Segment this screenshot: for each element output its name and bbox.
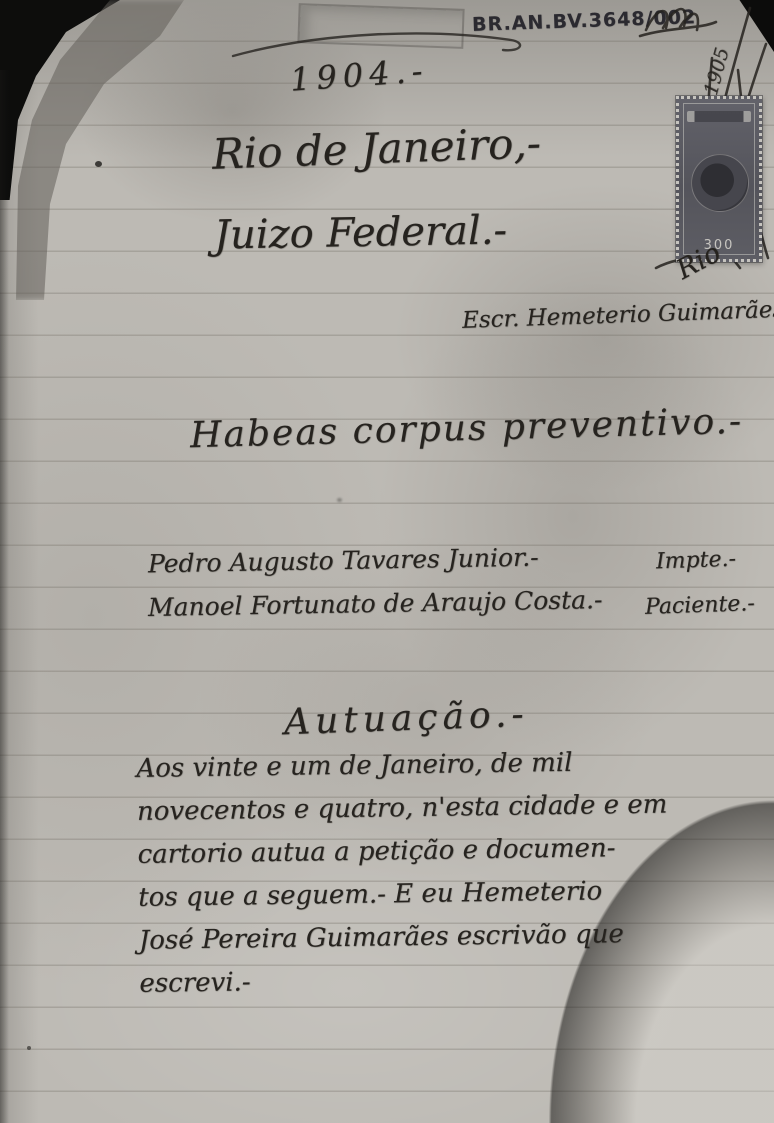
page-edge-left bbox=[0, 70, 9, 1123]
party-role: Impte.- bbox=[656, 547, 737, 575]
stamp-emblem bbox=[691, 154, 749, 212]
body-paragraph: Aos vinte e um de Janeiro, de mil novece… bbox=[136, 746, 700, 1012]
clerk-note: Escr. Hemeterio Guimarães,- bbox=[462, 296, 774, 334]
city-heading: Rio de Janeiro,- bbox=[211, 118, 541, 178]
section-heading: Autuação.- bbox=[283, 694, 529, 744]
stamp-banner bbox=[687, 111, 751, 122]
party-role: Paciente.- bbox=[645, 591, 756, 620]
document-page-scan: BR.AN.BV.3648/002 300 1905 Rio 1904.- Ri… bbox=[0, 0, 774, 1123]
body-line: escrevi.- bbox=[139, 961, 700, 1012]
court-heading: Juizo Federal.- bbox=[214, 207, 508, 258]
party-name: Pedro Augusto Tavares Junior.- bbox=[148, 543, 539, 579]
revenue-stamp: 300 bbox=[676, 96, 762, 262]
ink-speck bbox=[27, 1046, 31, 1050]
case-title: Habeas corpus preventivo.- bbox=[190, 401, 744, 456]
party-name: Manoel Fortunato de Araujo Costa.- bbox=[148, 585, 603, 622]
year-heading: 1904.- bbox=[289, 51, 430, 99]
ink-speck bbox=[337, 498, 342, 502]
ink-speck bbox=[95, 161, 102, 167]
